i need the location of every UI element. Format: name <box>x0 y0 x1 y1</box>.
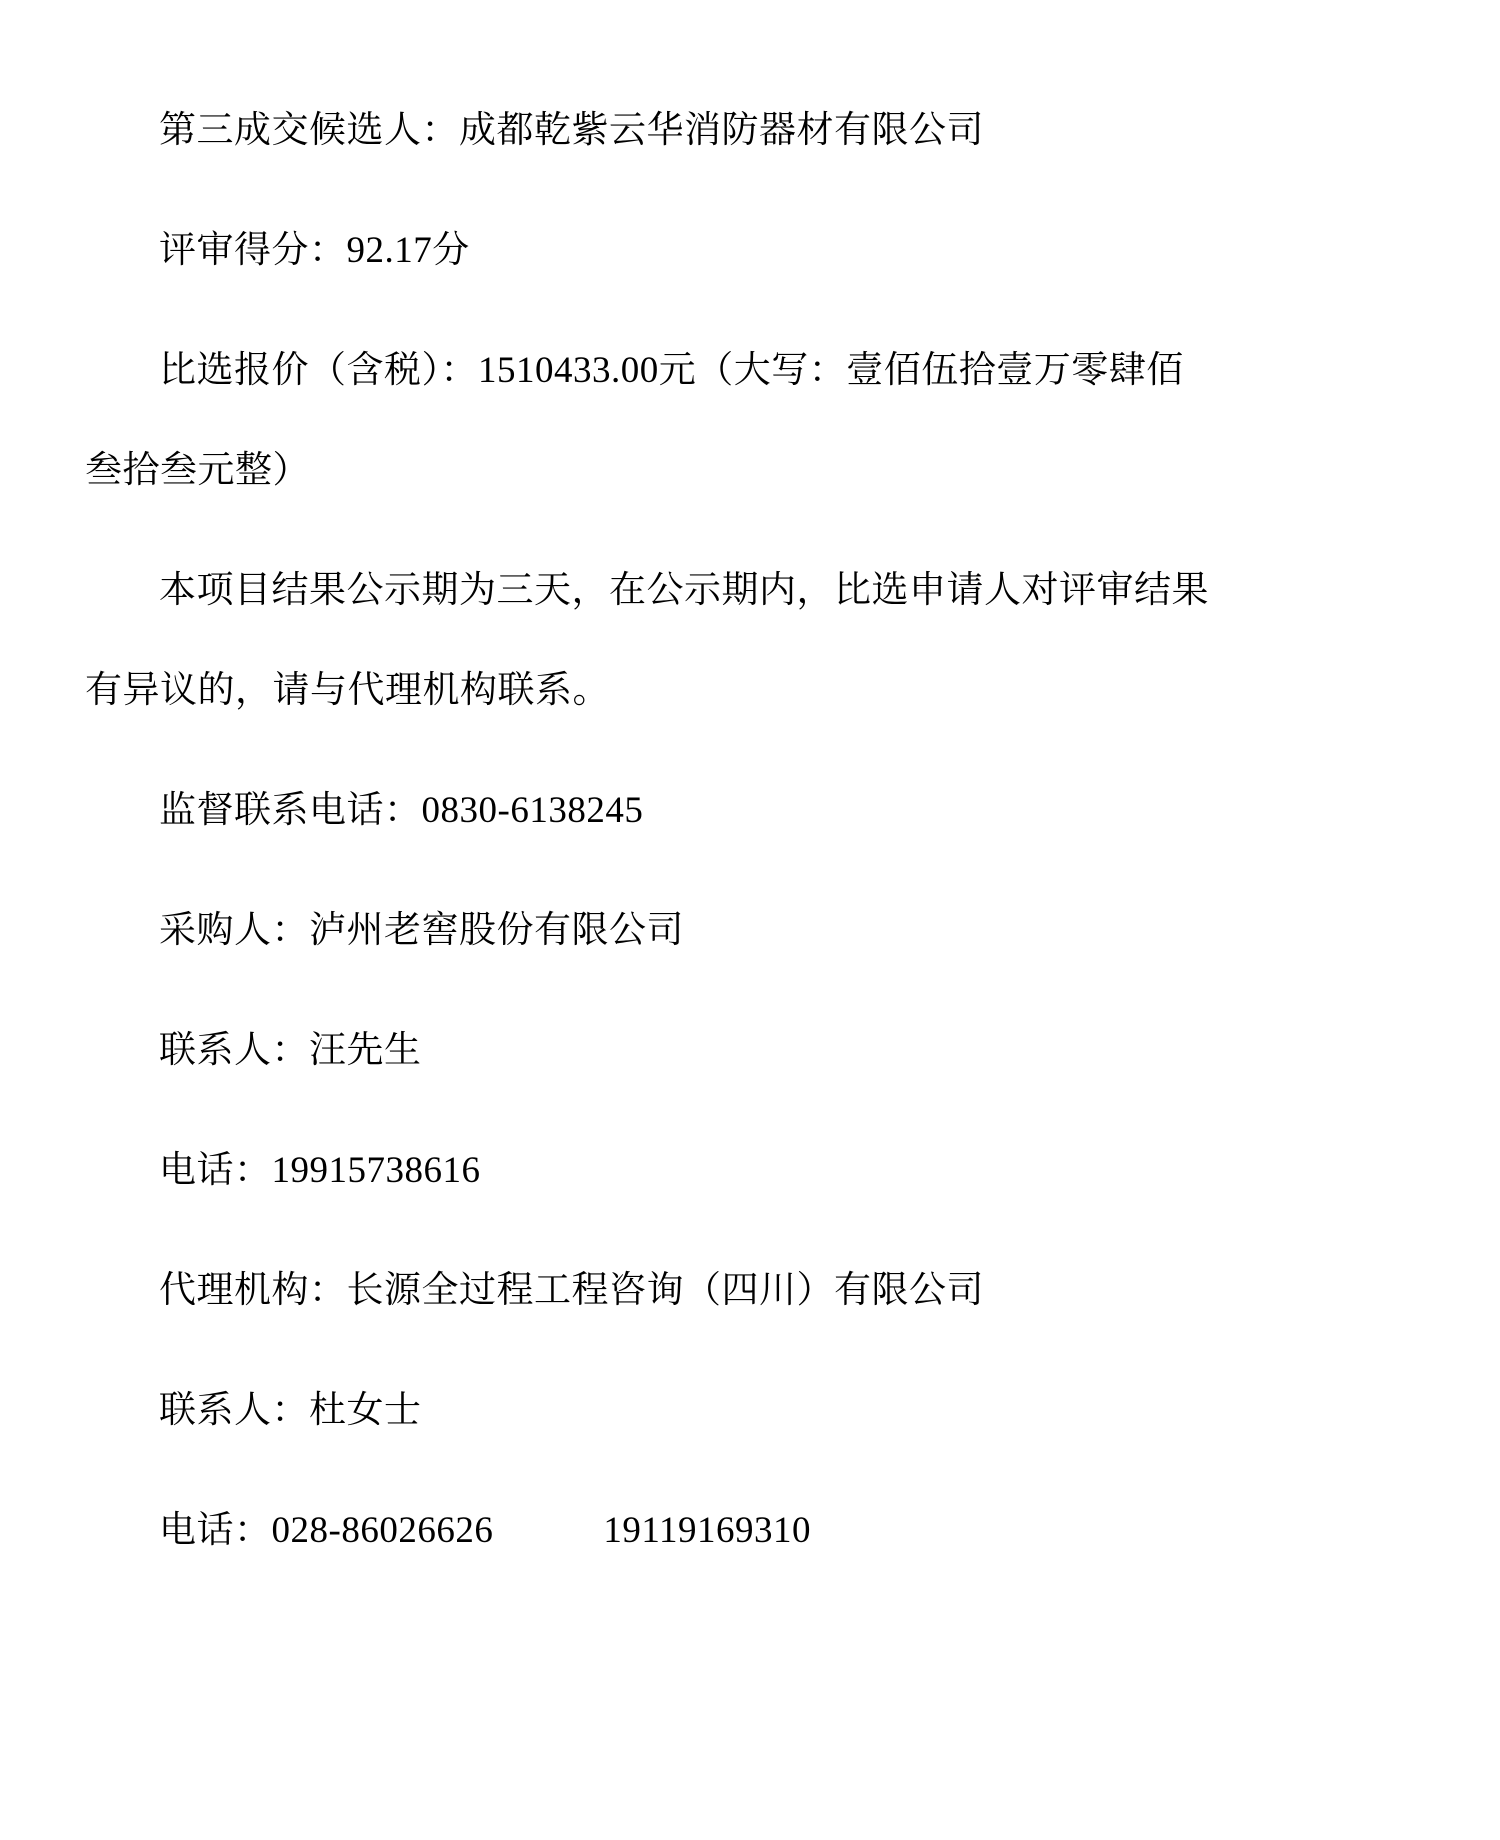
document-line: 叁拾叁元整） <box>85 445 1440 497</box>
document-line: 采购人：泸州老窖股份有限公司 <box>85 905 1440 957</box>
line-text: 电话：028-86026626 <box>159 1510 493 1551</box>
document-line: 电话：028-8602662619119169310 <box>85 1505 1440 1557</box>
line-text: 采购人：泸州老窖股份有限公司 <box>159 910 684 951</box>
document-line: 第三成交候选人：成都乾紫云华消防器材有限公司 <box>85 105 1440 157</box>
line-text: 代理机构：长源全过程工程咨询（四川）有限公司 <box>159 1270 984 1311</box>
document-line: 联系人：杜女士 <box>85 1385 1440 1437</box>
line-text: 监督联系电话：0830-6138245 <box>159 790 643 831</box>
line-text: 比选报价（含税）：1510433.00元（大写：壹佰伍拾壹万零肆佰 <box>159 350 1184 391</box>
second-phone-number: 19119169310 <box>603 1510 811 1551</box>
document-line: 本项目结果公示期为三天，在公示期内，比选申请人对评审结果 <box>85 565 1440 617</box>
document-line: 评审得分：92.17分 <box>85 225 1440 277</box>
document-page: 第三成交候选人：成都乾紫云华消防器材有限公司评审得分：92.17分比选报价（含税… <box>0 0 1500 1840</box>
line-text: 叁拾叁元整） <box>85 450 310 491</box>
document-line: 监督联系电话：0830-6138245 <box>85 785 1440 837</box>
document-line: 代理机构：长源全过程工程咨询（四川）有限公司 <box>85 1265 1440 1317</box>
document-line: 有异议的，请与代理机构联系。 <box>85 665 1440 717</box>
line-text: 第三成交候选人：成都乾紫云华消防器材有限公司 <box>159 110 984 151</box>
document-line: 联系人：汪先生 <box>85 1025 1440 1077</box>
line-text: 评审得分：92.17分 <box>159 230 470 271</box>
document-line: 比选报价（含税）：1510433.00元（大写：壹佰伍拾壹万零肆佰 <box>85 345 1440 397</box>
line-text: 电话：19915738616 <box>159 1150 481 1191</box>
line-text: 联系人：杜女士 <box>159 1390 422 1431</box>
line-text: 有异议的，请与代理机构联系。 <box>85 670 610 711</box>
line-text: 本项目结果公示期为三天，在公示期内，比选申请人对评审结果 <box>159 570 1209 611</box>
line-text: 联系人：汪先生 <box>159 1030 422 1071</box>
document-line: 电话：19915738616 <box>85 1145 1440 1197</box>
